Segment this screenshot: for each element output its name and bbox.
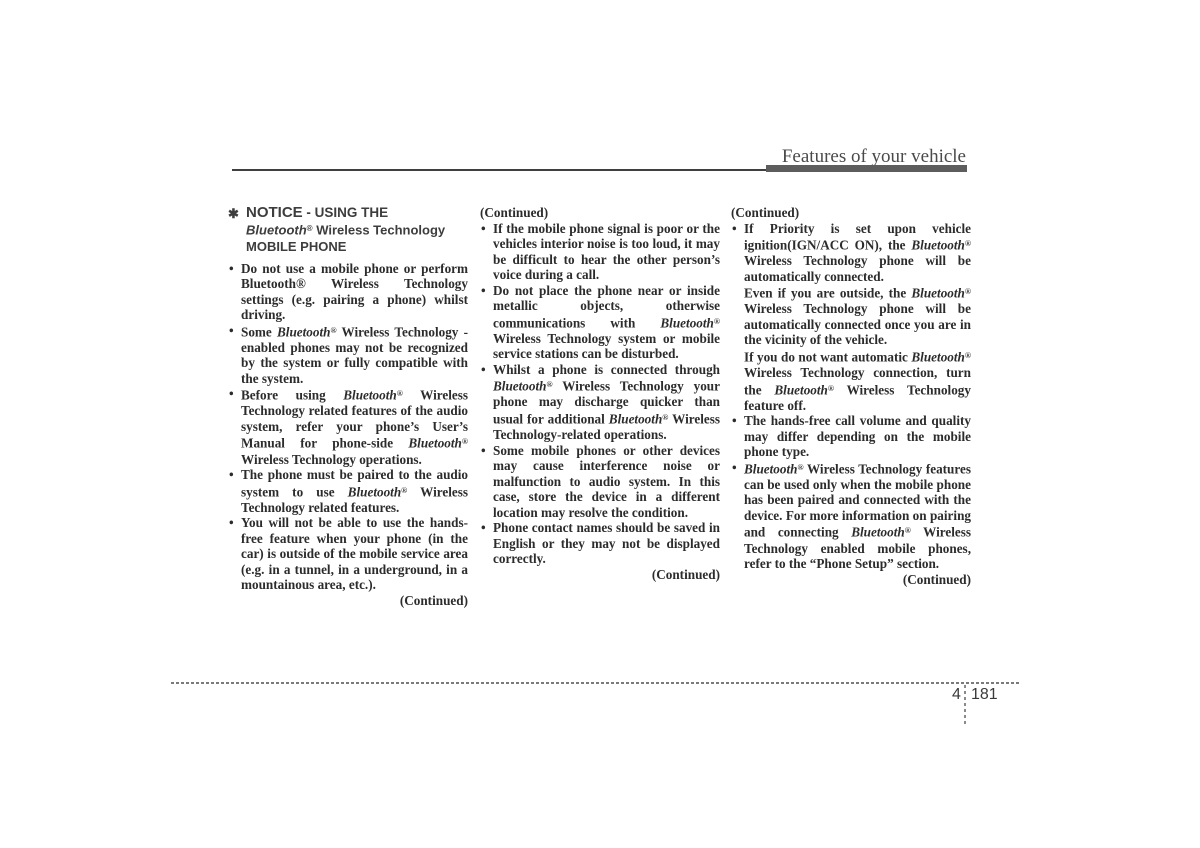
notice-heading: ✱ NOTICE - USING THE Bluetooth® Wireless… — [228, 205, 468, 255]
bullet-text: Before using Bluetooth® Wireless Technol… — [241, 386, 468, 467]
header-rule-thin — [232, 169, 766, 171]
text-column-3: (Continued) If Priority is set upon vehi… — [731, 205, 971, 587]
notice-heading-line1: NOTICE - USING THE — [246, 205, 468, 221]
bullet-text: Phone contact names should be saved in E… — [493, 520, 720, 567]
bullet-text: Do not use a mobile phone or perform Blu… — [241, 261, 468, 323]
footer-dashed-rule — [171, 682, 1020, 684]
bullet-text: Whilst a phone is connected through Blue… — [493, 362, 720, 443]
notice-bullet-list: If the mobile phone signal is poor or th… — [480, 221, 720, 567]
notice-bullet: Do not use a mobile phone or perform Blu… — [228, 261, 468, 323]
notice-bullet: Some Bluetooth® Wireless Technology -ena… — [228, 323, 468, 387]
notice-bullet-list: Do not use a mobile phone or perform Blu… — [228, 261, 468, 593]
notice-bullet: Some mobile phones or other devices may … — [480, 443, 720, 521]
notice-bullet: The phone must be paired to the audio sy… — [228, 467, 468, 515]
notice-bullet: Bluetooth® Wireless Technology features … — [731, 460, 971, 572]
text-column-1: ✱ NOTICE - USING THE Bluetooth® Wireless… — [228, 205, 468, 608]
notice-heading-line3: MOBILE PHONE — [246, 239, 468, 255]
continued-marker: (Continued) — [480, 567, 720, 583]
bullet-text: If you do not want automatic Bluetooth® … — [744, 348, 971, 413]
continued-marker: (Continued) — [731, 205, 971, 221]
notice-bullet: Before using Bluetooth® Wireless Technol… — [228, 386, 468, 467]
notice-bullet-list: If Priority is set upon vehicle ignition… — [731, 221, 971, 572]
notice-bullet: The hands-free call volume and quality m… — [731, 413, 971, 460]
bullet-text: Bluetooth® Wireless Technology features … — [744, 460, 971, 572]
bullet-text: If the mobile phone signal is poor or th… — [493, 221, 720, 283]
bullet-text: The phone must be paired to the audio sy… — [241, 467, 468, 515]
bullet-text: If Priority is set upon vehicle ignition… — [744, 221, 971, 285]
footer-page-number: 181 — [971, 686, 998, 704]
footer-chapter-number: 4 — [952, 686, 961, 704]
notice-bullet: If the mobile phone signal is poor or th… — [480, 221, 720, 283]
notice-bullet: You will not be able to use the hands-fr… — [228, 515, 468, 593]
manual-page: Features of your vehicle ✱ NOTICE - USIN… — [0, 0, 1200, 848]
continued-marker: (Continued) — [731, 572, 971, 588]
bullet-text: Some mobile phones or other devices may … — [493, 443, 720, 521]
bullet-text: You will not be able to use the hands-fr… — [241, 515, 468, 593]
bullet-text: The hands-free call volume and quality m… — [744, 413, 971, 460]
header-rule-thick — [766, 165, 967, 172]
notice-bullet: Whilst a phone is connected through Blue… — [480, 362, 720, 443]
notice-bullet: If Priority is set upon vehicle ignition… — [731, 221, 971, 414]
footer-vertical-dashed-rule — [964, 685, 966, 725]
bullet-text: Do not place the phone near or inside me… — [493, 283, 720, 362]
continued-marker: (Continued) — [228, 593, 468, 609]
notice-bullet: Do not place the phone near or inside me… — [480, 283, 720, 362]
notice-bullet: Phone contact names should be saved in E… — [480, 520, 720, 567]
bullet-text: Even if you are outside, the Bluetooth® … — [744, 284, 971, 348]
notice-heading-line2: Bluetooth® Wireless Technology — [246, 221, 468, 239]
bullet-text: Some Bluetooth® Wireless Technology -ena… — [241, 323, 468, 387]
continued-marker: (Continued) — [480, 205, 720, 221]
notice-asterisk-icon: ✱ — [228, 206, 239, 222]
text-column-2: (Continued) If the mobile phone signal i… — [480, 205, 720, 582]
